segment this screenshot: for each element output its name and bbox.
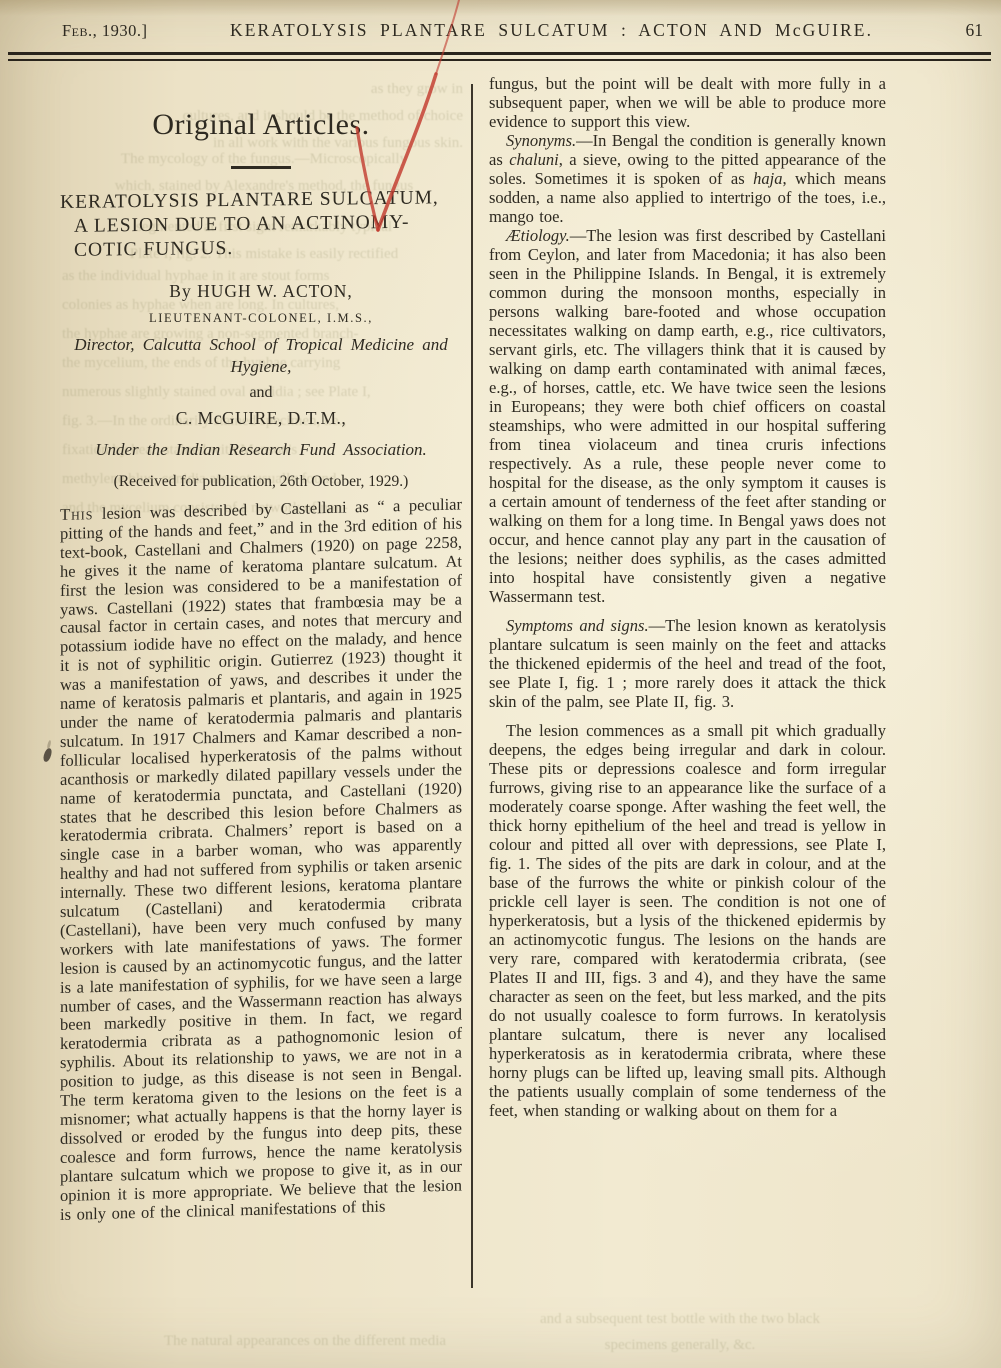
- italic-lead-text: Symptoms and signs.: [506, 616, 649, 635]
- running-title: KERATOLYSIS PLANTARE SULCATUM : ACTON AN…: [148, 20, 956, 41]
- article-paragraph-symptoms: Symptoms and signs.—The lesion known as …: [489, 616, 886, 711]
- received-date-note: (Received for publication, 26th October,…: [60, 473, 462, 491]
- article-paragraph-synonyms: Synonyms.—In Bengal the condition is gen…: [489, 131, 886, 226]
- paragraph-text: The lesion commences as a small pit whic…: [489, 721, 886, 1120]
- italic-lead-text: Ætiology.: [506, 226, 570, 245]
- section-heading: Original Articles.: [60, 108, 462, 142]
- lead-word: This: [60, 504, 93, 524]
- journal-page-scan: as they grow in cultures, and it should …: [0, 0, 1001, 1368]
- italic-lead-text: chaluni: [509, 150, 559, 169]
- page-number: 61: [956, 20, 984, 41]
- paragraph-text: lesion was described by Castellani as “ …: [60, 494, 462, 1223]
- italic-lead-text: Synonyms.: [506, 131, 576, 150]
- article-title-line: COTIC FUNGUS.: [60, 234, 462, 263]
- page-header: Feb., 1930.] KERATOLYSIS PLANTARE SULCAT…: [62, 20, 983, 41]
- bleed-through-text: The natural appearances on the different…: [140, 1328, 470, 1355]
- author-byline-second: C. McGUIRE, D.T.M.,: [60, 408, 462, 429]
- issue-date: Feb., 1930.]: [62, 21, 148, 41]
- author-byline: By HUGH W. ACTON,: [60, 281, 462, 302]
- article-title: KERATOLYSIS PLANTARE SULCATUM, A LESION …: [60, 186, 462, 263]
- byline-conjunction: and: [60, 384, 462, 402]
- ink-smudge: [42, 747, 52, 762]
- article-paragraph-aetiology: Ætiology.—The lesion was first described…: [489, 226, 886, 606]
- left-column: Original Articles. KERATOLYSIS PLANTARE …: [60, 76, 462, 1241]
- bleed-through-text: and a subsequent test bottle with the tw…: [480, 1306, 880, 1358]
- author-rank: LIEUTENANT-COLONEL, I.M.S.,: [60, 311, 462, 326]
- heading-rule: [231, 166, 291, 169]
- article-paragraph: fungus, but the point will be dealt with…: [489, 74, 886, 131]
- header-double-rule: [8, 52, 991, 61]
- italic-lead-text: haja: [753, 169, 782, 188]
- article-paragraph: The lesion commences as a small pit whic…: [489, 721, 886, 1120]
- column-divider-rule: [471, 84, 473, 1288]
- paragraph-text: —The lesion was first described by Caste…: [489, 226, 886, 606]
- article-paragraph: This lesion was described by Castellani …: [60, 495, 462, 1224]
- paragraph-text: fungus, but the point will be dealt with…: [489, 74, 886, 131]
- right-column: fungus, but the point will be dealt with…: [489, 74, 886, 1120]
- article-title-line: A LESION DUE TO AN ACTINOMY-: [60, 210, 462, 239]
- author-affiliation: Director, Calcutta School of Tropical Me…: [60, 334, 462, 378]
- author-affiliation-second: Under the Indian Research Fund Associati…: [60, 440, 462, 460]
